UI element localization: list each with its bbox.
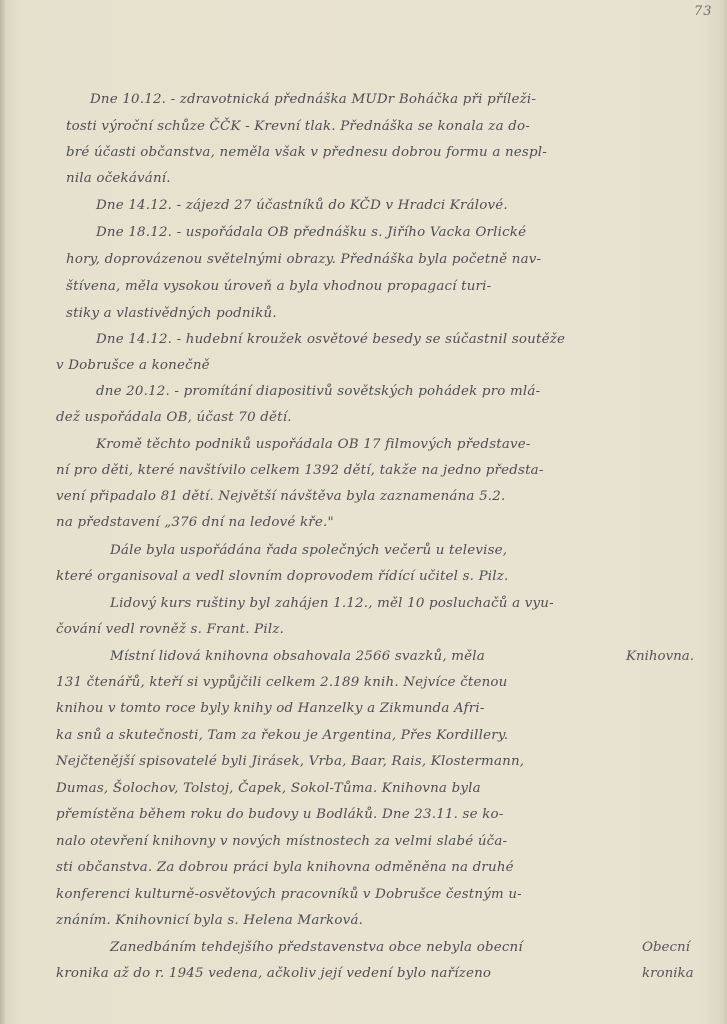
text-line: nalo otevření knihovny v nových místnost… bbox=[56, 834, 507, 849]
text-line: vení připadalo 81 dětí. Největší návštěv… bbox=[56, 489, 505, 504]
text-line: Dne 10.12. - zdravotnická přednáška MUDr… bbox=[90, 92, 536, 107]
margin-note-knihovna: Knihovna. bbox=[626, 649, 694, 664]
text-line: které organisoval a vedl slovním doprovo… bbox=[56, 569, 508, 584]
text-line: hory, doprovázenou světelnými obrazy. Př… bbox=[66, 252, 541, 267]
text-line: Nejčtenější spisovatelé byli Jirásek, Vr… bbox=[56, 754, 524, 769]
text-line: Dumas, Šolochov, Tolstoj, Čapek, Sokol-T… bbox=[56, 781, 481, 796]
page-number: 73 bbox=[694, 4, 713, 19]
text-line: bré účasti občanstva, neměla však v před… bbox=[66, 145, 547, 160]
chronicle-page: 73 Dne 10.12. - zdravotnická přednáška M… bbox=[0, 0, 727, 1024]
text-line: Zanedbáním tehdejšího představenstva obc… bbox=[110, 940, 523, 955]
text-line: tosti výroční schůze ČČK - Krevní tlak. … bbox=[66, 119, 530, 134]
text-line: stiky a vlastivědných podniků. bbox=[66, 306, 277, 321]
margin-note-kronika: kronika bbox=[642, 966, 694, 981]
text-line: konferenci kulturně-osvětových pracovník… bbox=[56, 887, 522, 902]
text-line: Lidový kurs ruštiny byl zahájen 1.12., m… bbox=[110, 596, 554, 611]
text-line: 131 čtenářů, kteří si vypůjčili celkem 2… bbox=[56, 675, 508, 690]
text-line: sti občanstva. Za dobrou práci byla knih… bbox=[56, 860, 514, 875]
text-line: štívena, měla vysokou úroveň a byla vhod… bbox=[66, 279, 491, 294]
text-line: na představení „376 dní na ledové kře." bbox=[56, 515, 334, 530]
text-line: Dále byla uspořádána řada společných več… bbox=[110, 543, 507, 558]
text-line: Dne 14.12. - zájezd 27 účastníků do KČD … bbox=[96, 198, 508, 213]
text-line: kronika až do r. 1945 vedena, ačkoliv je… bbox=[56, 966, 491, 981]
margin-note-obecni: Obecní bbox=[642, 940, 690, 955]
text-line: ka snů a skutečnosti, Tam za řekou je Ar… bbox=[56, 728, 508, 743]
text-line: knihou v tomto roce byly knihy od Hanzel… bbox=[56, 701, 485, 716]
text-line: dež uspořádala OB, účast 70 dětí. bbox=[56, 410, 292, 425]
text-line: ní pro děti, které navštívilo celkem 139… bbox=[56, 463, 544, 478]
text-line: Dne 14.12. - hudební kroužek osvětové be… bbox=[96, 332, 565, 347]
text-line: dne 20.12. - promítání diapositivů sovět… bbox=[96, 384, 540, 399]
text-line: přemístěna během roku do budovy u Bodlák… bbox=[56, 807, 504, 822]
text-line: čování vedl rovněž s. Frant. Pilz. bbox=[56, 622, 284, 637]
text-line: nila očekávání. bbox=[66, 171, 171, 186]
text-line: Dne 18.12. - uspořádala OB přednášku s. … bbox=[96, 225, 526, 240]
text-line: Kromě těchto podniků uspořádala OB 17 fi… bbox=[96, 437, 531, 452]
text-line: Místní lidová knihovna obsahovala 2566 s… bbox=[110, 649, 485, 664]
text-line: v Dobrušce a konečně bbox=[56, 358, 210, 373]
book-spine-shadow bbox=[0, 0, 5, 1024]
text-line: znáním. Knihovnicí byla s. Helena Markov… bbox=[56, 913, 363, 928]
